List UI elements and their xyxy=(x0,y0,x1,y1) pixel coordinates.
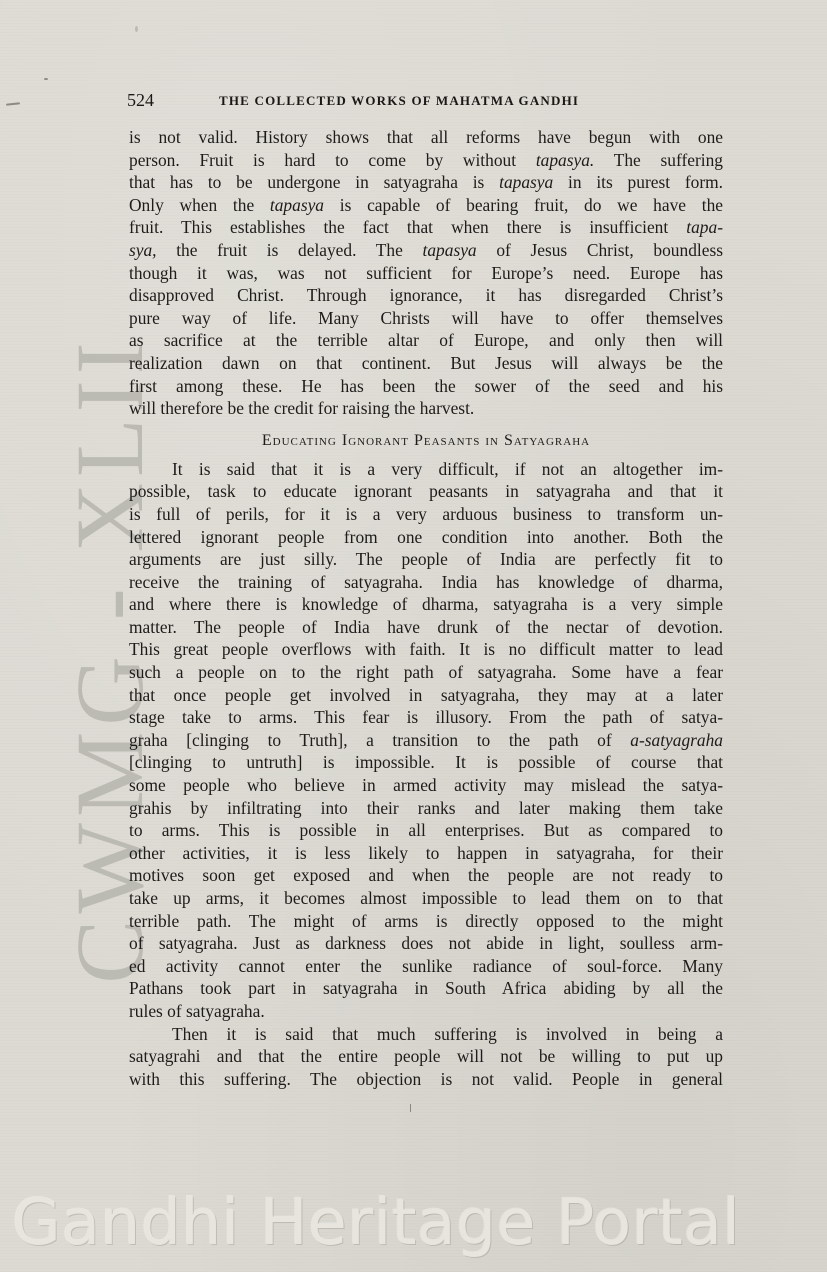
text-line: [clinging to untruth] is impossible. It … xyxy=(129,751,723,774)
text-line: with this suffering. The objection is no… xyxy=(129,1068,723,1091)
text-line: is not valid. History shows that all ref… xyxy=(129,126,723,149)
italic-term: tapasya. xyxy=(536,150,594,170)
text-line: fruit. This establishes the fact that wh… xyxy=(129,216,723,239)
text-line: grahis by infiltrating into their ranks … xyxy=(129,797,723,820)
text-line: some people who believe in armed activit… xyxy=(129,774,723,797)
text-line: first among these. He has been the sower… xyxy=(129,375,723,398)
text-line: pure way of life. Many Christs will have… xyxy=(129,307,723,330)
text-line: matter. The people of India have drunk o… xyxy=(129,616,723,639)
text-line: arguments are just silly. The people of … xyxy=(129,548,723,571)
text-line: ed activity cannot enter the sunlike rad… xyxy=(129,955,723,978)
text-line: person. Fruit is hard to come by without… xyxy=(129,149,723,172)
text-line: realization dawn on that continent. But … xyxy=(129,352,723,375)
portal-watermark: Gandhi Heritage Portal xyxy=(12,1186,740,1259)
text-line: This great people overflows with faith. … xyxy=(129,638,723,661)
text-line: receive the training of satyagraha. Indi… xyxy=(129,571,723,594)
text-line: Then it is said that much suffering is i… xyxy=(129,1023,723,1046)
paper-speck xyxy=(6,102,20,105)
text-line: to arms. This is possible in all enterpr… xyxy=(129,819,723,842)
text-line: other activities, it is less likely to h… xyxy=(129,842,723,865)
section-heading: Educating Ignorant Peasants in Satyagrah… xyxy=(129,430,723,452)
text-line: that once people get involved in satyagr… xyxy=(129,684,723,707)
running-header: 524 THE COLLECTED WORKS OF MAHATMA GANDH… xyxy=(127,89,727,113)
text-line: is full of perils, for it is a very ardu… xyxy=(129,503,723,526)
text-line: Only when the tapasya is capable of bear… xyxy=(129,194,723,217)
italic-term: tapasya xyxy=(499,172,553,192)
italic-term: tapasya xyxy=(423,240,477,260)
paper-speck xyxy=(135,26,138,32)
text-line: satyagrahi and that the entire people wi… xyxy=(129,1045,723,1068)
text-line: lettered ignorant people from one condit… xyxy=(129,526,723,549)
italic-term: tapasya xyxy=(270,195,324,215)
printer-mark xyxy=(410,1104,411,1112)
page-number: 524 xyxy=(127,89,154,111)
text-line: such a people on to the right path of sa… xyxy=(129,661,723,684)
text-line: Pathans took part in satyagraha in South… xyxy=(129,977,723,1000)
page-body: is not valid. History shows that all ref… xyxy=(129,126,723,1090)
text-line: sya, the fruit is delayed. The tapasya o… xyxy=(129,239,723,262)
text-line: will therefore be the credit for raising… xyxy=(129,397,723,420)
italic-term: a-satyagraha xyxy=(630,730,723,750)
text-line: and where there is knowledge of dharma, … xyxy=(129,593,723,616)
text-line: It is said that it is a very difficult, … xyxy=(129,458,723,481)
text-line: motives soon get exposed and when the pe… xyxy=(129,864,723,887)
text-line: take up arms, it becomes almost impossib… xyxy=(129,887,723,910)
paragraph-3: Then it is said that much suffering is i… xyxy=(129,1023,723,1091)
paragraph-1: is not valid. History shows that all ref… xyxy=(129,126,723,420)
text-line: though it was, was not sufficient for Eu… xyxy=(129,262,723,285)
text-line: rules of satyagraha. xyxy=(129,1000,723,1023)
text-line: as sacrifice at the terrible altar of Eu… xyxy=(129,329,723,352)
text-line: disapproved Christ. Through ignorance, i… xyxy=(129,284,723,307)
paragraph-2: It is said that it is a very difficult, … xyxy=(129,458,723,1023)
text-line: terrible path. The might of arms is dire… xyxy=(129,910,723,933)
paper-speck xyxy=(44,78,48,80)
italic-term: sya, xyxy=(129,240,157,260)
italic-term: tapa- xyxy=(686,217,723,237)
text-line: stage take to arms. This fear is illusor… xyxy=(129,706,723,729)
text-line: that has to be undergone in satyagraha i… xyxy=(129,171,723,194)
text-line: graha [clinging to Truth], a transition … xyxy=(129,729,723,752)
running-title: THE COLLECTED WORKS OF MAHATMA GANDHI xyxy=(219,92,579,110)
text-line: possible, task to educate ignorant peasa… xyxy=(129,480,723,503)
text-line: of satyagraha. Just as darkness does not… xyxy=(129,932,723,955)
